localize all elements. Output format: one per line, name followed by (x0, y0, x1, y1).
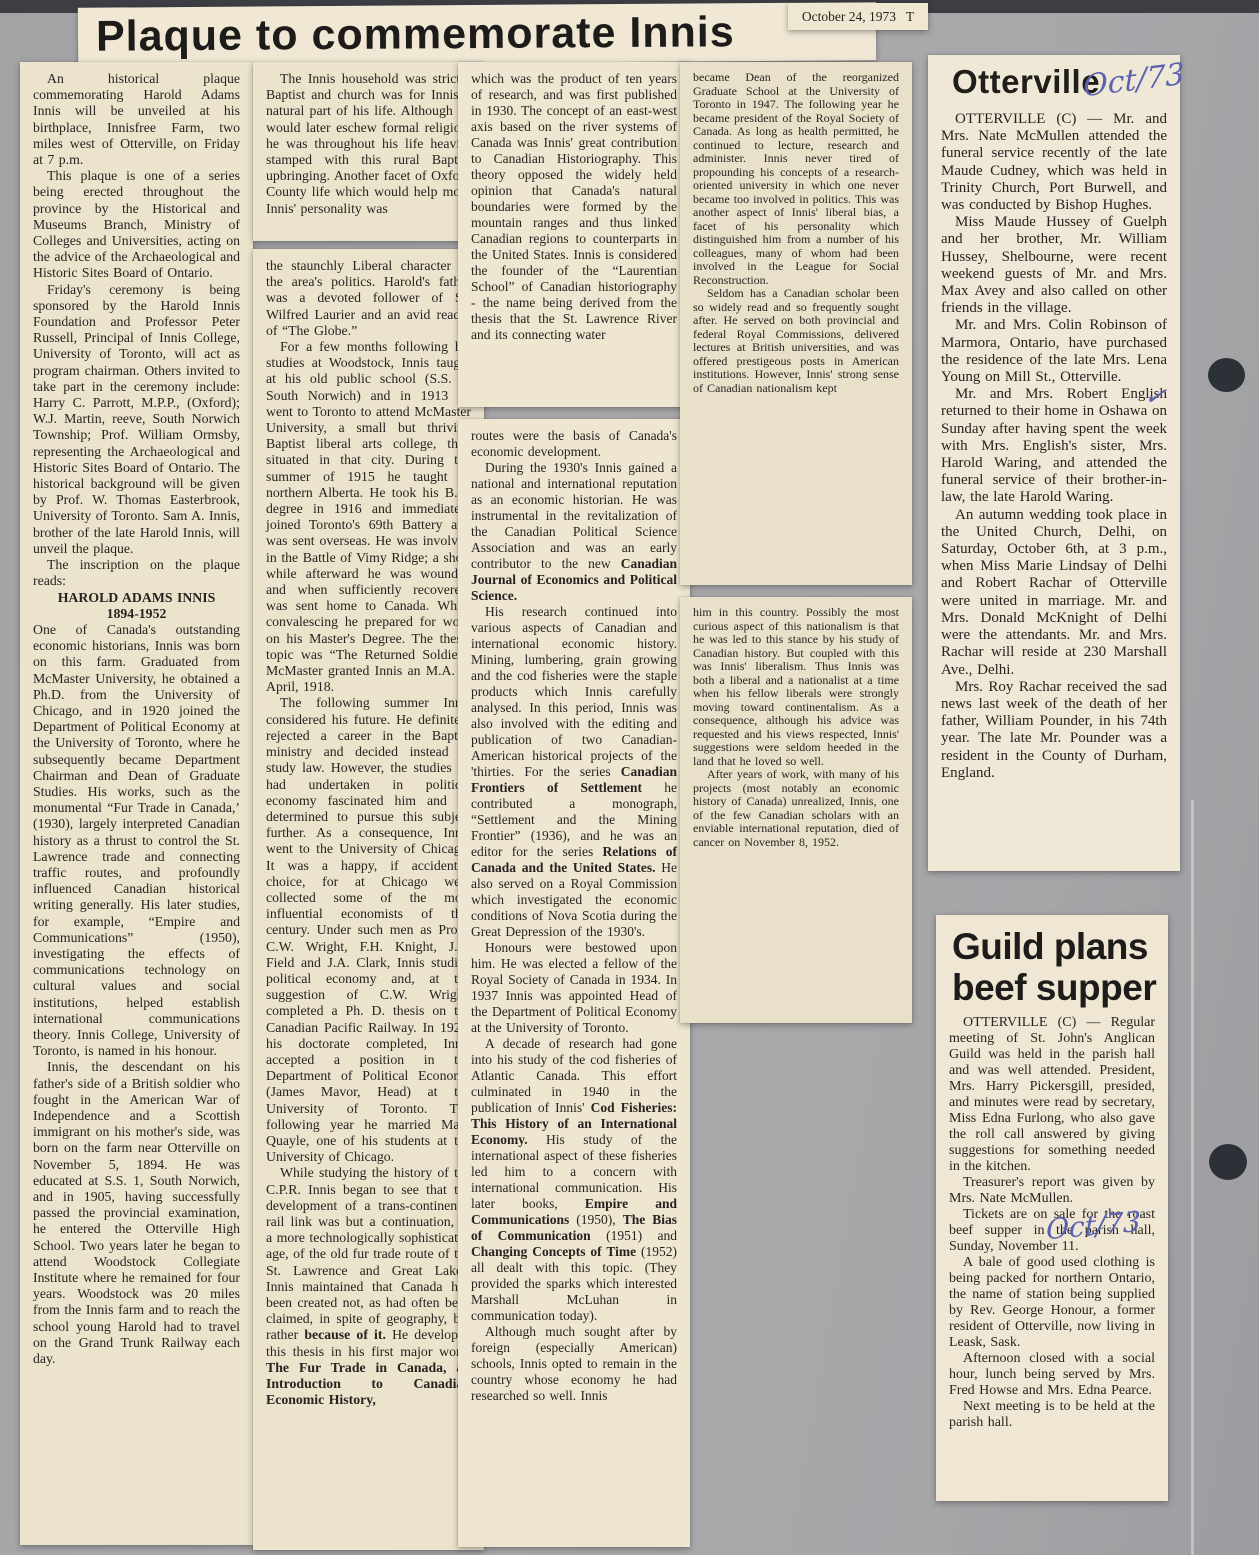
article-paragraph: Treasurer's report was given by Mrs. Nat… (949, 1175, 1155, 1207)
innis-column-3-strip-2: routes were the basis of Canada's econom… (458, 419, 690, 1547)
article-paragraph: One of Canada's outstanding economic his… (33, 622, 240, 1059)
article-paragraph: Honours were bestowed upon him. He was e… (471, 940, 677, 1036)
article-paragraph: A decade of research had gone into his s… (471, 1036, 677, 1324)
article-paragraph: him in this country. Possibly the most c… (693, 606, 899, 768)
article-paragraph: The inscription on the plaque reads: (33, 557, 240, 589)
article-paragraph: Next meeting is to be held at the parish… (949, 1399, 1155, 1431)
article-paragraph: Mr. and Mrs. Colin Robinson of Marmora, … (941, 317, 1167, 386)
innis-column-1: An historical plaque commemorating Harol… (20, 62, 253, 1545)
otterville-clipping: Otterville Oct/73 OTTERVILLE (C) — Mr. a… (928, 55, 1180, 871)
article-paragraph: which was the product of ten years of re… (471, 71, 677, 343)
article-paragraph: Friday's ceremony is being sponsored by … (33, 282, 240, 557)
innis-column-4-strip-1: became Dean of the reorganized Graduate … (680, 62, 912, 585)
innis-column-3-strip-1: which was the product of ten years of re… (458, 62, 690, 407)
article-paragraph: A bale of good used clothing is being pa… (949, 1255, 1155, 1351)
article-paragraph: This plaque is one of a series being ere… (33, 168, 240, 281)
headline-clipping: Plaque to commemorate Innis (78, 2, 876, 66)
otterville-title: Otterville (952, 63, 1100, 100)
guild-clipping: Guild plans beef supper OTTERVILLE (C) —… (936, 915, 1168, 1501)
article-paragraph: Innis, the descendant on his father's si… (33, 1059, 240, 1367)
scrapbook-page: Plaque to commemorate Innis October 24, … (0, 0, 1259, 1555)
article-paragraph: Mrs. Roy Rachar received the sad news la… (941, 679, 1167, 782)
article-paragraph: Mr. and Mrs. Robert English returned to … (941, 386, 1167, 506)
otterville-body: OTTERVILLE (C) — Mr. and Mrs. Nate McMul… (928, 107, 1180, 791)
page-edge-line (1191, 800, 1194, 1555)
guild-headline-line1: Guild plans (952, 927, 1168, 968)
article-paragraph: 1894-1952 (33, 606, 240, 622)
article-paragraph: the staunchly Liberal character of the a… (266, 258, 471, 339)
article-paragraph: After years of work, with many of his pr… (693, 768, 899, 849)
innis-column-4-strip-2: him in this country. Possibly the most c… (680, 597, 912, 1023)
article-paragraph: OTTERVILLE (C) — Mr. and Mrs. Nate McMul… (941, 111, 1167, 214)
article-headline: Plaque to commemorate Innis (96, 8, 735, 61)
innis-column-2-strip-1: The Innis household was strictly Baptist… (253, 62, 484, 241)
article-paragraph: For a few months following his studies a… (266, 339, 471, 695)
article-paragraph: During the 1930's Innis gained a nationa… (471, 460, 677, 604)
otterville-header: Otterville Oct/73 (928, 55, 1180, 107)
article-paragraph: OTTERVILLE (C) — Regular meeting of St. … (949, 1015, 1155, 1175)
handwritten-checkmark: ✓ (1142, 380, 1169, 414)
date-stamp-clipping: October 24, 1973 T (788, 3, 928, 30)
article-paragraph: HAROLD ADAMS INNIS (33, 590, 240, 606)
article-paragraph: An autumn wedding took place in the Unit… (941, 507, 1167, 679)
punch-hole-top (1208, 358, 1245, 392)
article-paragraph: Miss Maude Hussey of Guelph and her brot… (941, 214, 1167, 317)
article-paragraph: While studying the history of the C.P.R.… (266, 1165, 471, 1408)
article-paragraph: routes were the basis of Canada's econom… (471, 428, 677, 460)
guild-headline: Guild plans beef supper (936, 915, 1168, 1013)
article-paragraph: Although much sought after by foreign (e… (471, 1324, 677, 1404)
innis-column-2-strip-2: the staunchly Liberal character of the a… (253, 249, 484, 1550)
article-paragraph: His research continued into various aspe… (471, 604, 677, 940)
date-stamp: October 24, 1973 T (802, 9, 914, 25)
guild-headline-line2: beef supper (952, 968, 1168, 1009)
article-paragraph: Seldom has a Canadian scholar been so wi… (693, 287, 899, 395)
article-paragraph: The Innis household was strictly Baptist… (266, 71, 471, 217)
article-paragraph: Afternoon closed with a social hour, lun… (949, 1351, 1155, 1399)
article-paragraph: The following summer Innis considered hi… (266, 695, 471, 1165)
article-paragraph: An historical plaque commemorating Harol… (33, 71, 240, 168)
article-paragraph: became Dean of the reorganized Graduate … (693, 71, 899, 287)
punch-hole-bottom (1209, 1144, 1247, 1180)
